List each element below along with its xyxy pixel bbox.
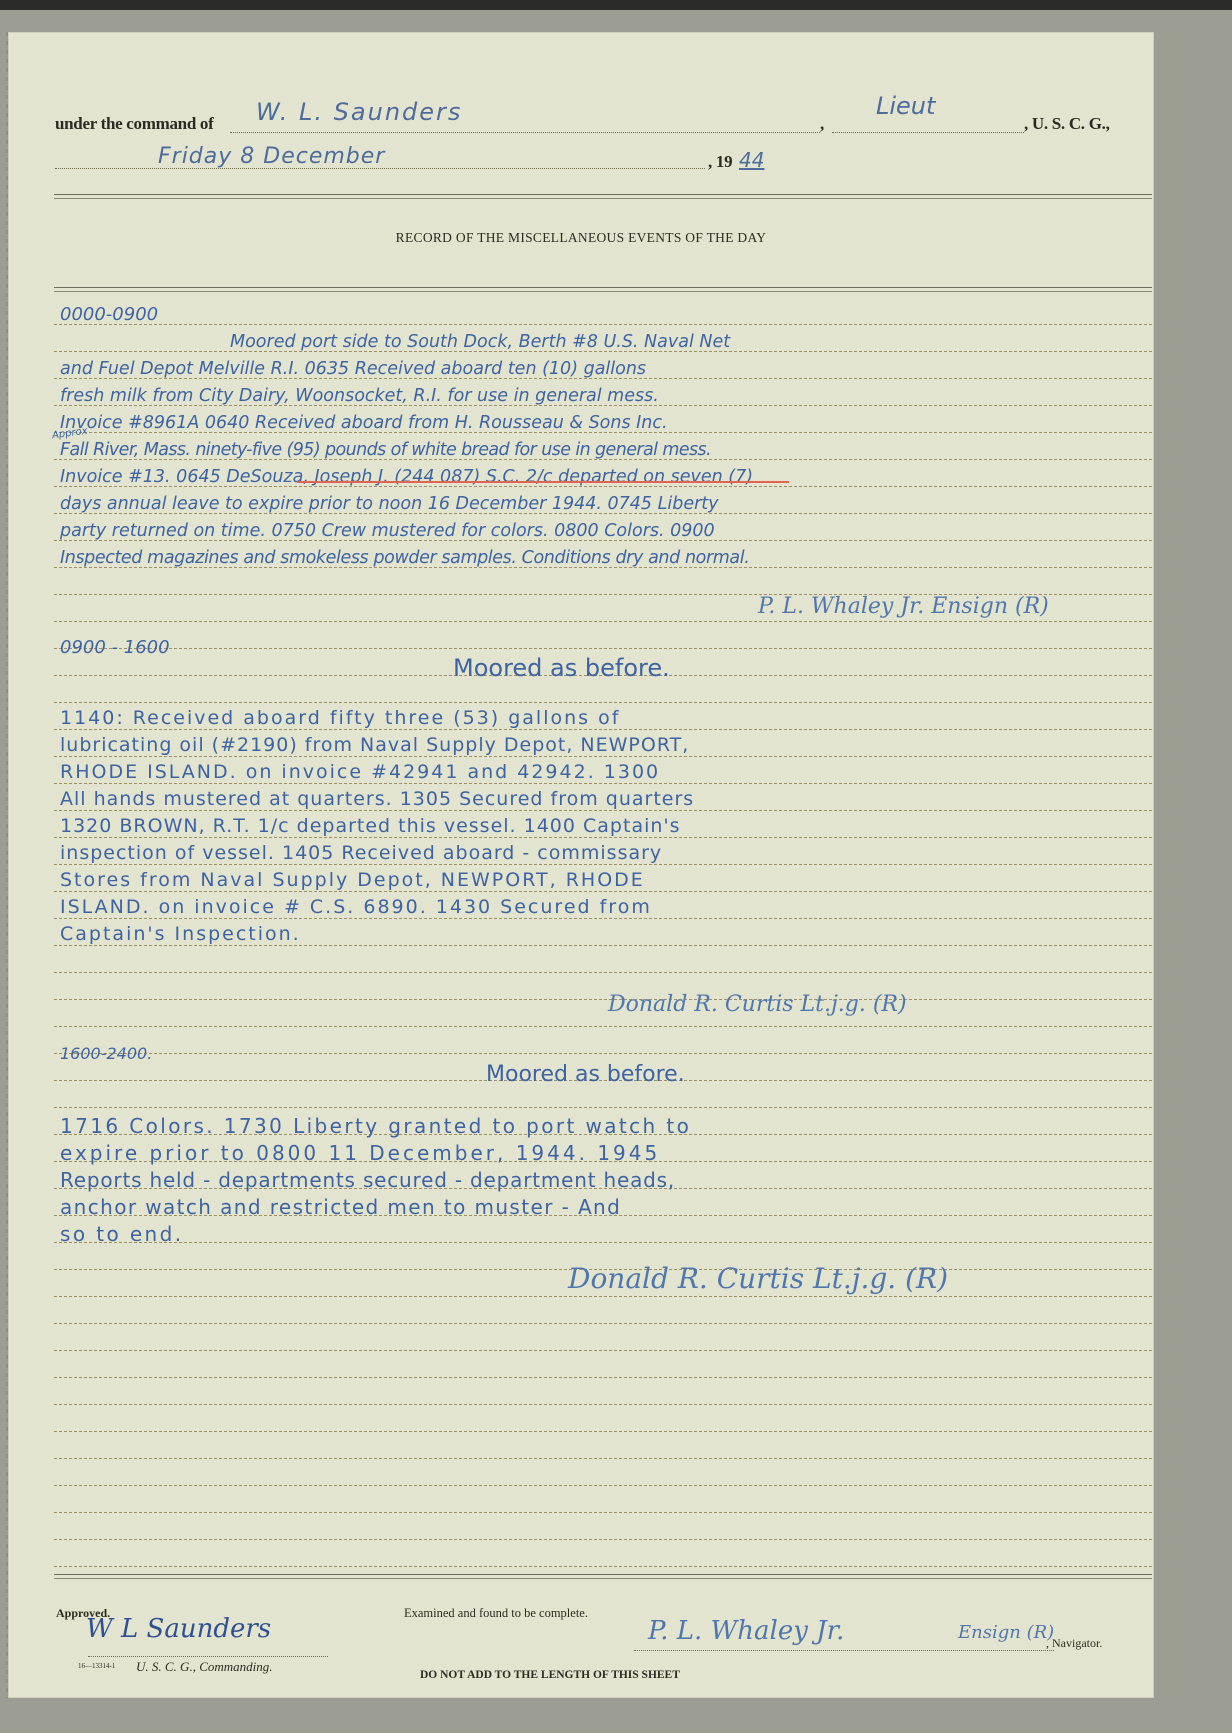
entry-line: ISLAND. on invoice # C.S. 6890. 1430 Sec… xyxy=(60,894,694,921)
entry-line: party returned on time. 0750 Crew muster… xyxy=(60,518,753,545)
ruled-line xyxy=(54,972,1152,973)
entry-line: 1320 BROWN, R.T. 1/c departed this vesse… xyxy=(60,813,694,840)
year-prefix: , 19 xyxy=(708,152,732,172)
watch-signature-2: Donald R. Curtis Lt.j.g. (R) xyxy=(608,992,907,1017)
section-divider xyxy=(54,287,1152,292)
entry-line: 1140: Received aboard fifty three (53) g… xyxy=(60,705,694,732)
ruled-line xyxy=(54,1485,1152,1486)
navigator-line xyxy=(634,1650,1054,1651)
watch-entry-3: 1716 Colors. 1730 Liberty granted to por… xyxy=(60,1113,691,1248)
entry-line: RHODE ISLAND. on invoice #42941 and 4294… xyxy=(60,759,694,786)
approved-signature: W L Saunders xyxy=(86,1614,271,1644)
ruled-line xyxy=(54,1107,1152,1108)
commander-name: W. L. Saunders xyxy=(256,98,462,126)
entry-line: Inspected magazines and smokeless powder… xyxy=(60,545,753,572)
ruled-line xyxy=(54,1539,1152,1540)
entry-line: inspection of vessel. 1405 Received aboa… xyxy=(60,840,694,867)
ruled-line xyxy=(54,648,1152,649)
ruled-line xyxy=(54,621,1152,622)
ruled-line xyxy=(54,324,1152,325)
deck-log-sheet: under the command of W. L. Saunders , Li… xyxy=(8,32,1154,1698)
entry-line: 1716 Colors. 1730 Liberty granted to por… xyxy=(60,1113,691,1140)
entry-line: days annual leave to expire prior to noo… xyxy=(60,491,753,518)
ruled-line xyxy=(54,1053,1152,1054)
navigator-label: , Navigator. xyxy=(1046,1636,1102,1651)
entry-line: Reports held - departments secured - dep… xyxy=(60,1167,691,1194)
watch-period-3: 1600-2400. xyxy=(60,1044,152,1063)
section-title: RECORD OF THE MISCELLANEOUS EVENTS OF TH… xyxy=(8,230,1154,246)
ruled-line xyxy=(54,1377,1152,1378)
entry-line: Fall River, Mass. ninety-five (95) pound… xyxy=(60,437,753,464)
service-suffix: , U. S. C. G., xyxy=(1024,114,1110,134)
navigator-signature: P. L. Whaley Jr. xyxy=(648,1616,844,1646)
watch-signature-1: P. L. Whaley Jr. Ensign (R) xyxy=(758,594,1049,619)
entry-line: and Fuel Depot Melville R.I. 0635 Receiv… xyxy=(60,356,753,383)
entry-line: lubricating oil (#2190) from Naval Suppl… xyxy=(60,732,694,759)
ruled-line xyxy=(54,1296,1152,1297)
watch-entry-1: Moored port side to South Dock, Berth #8… xyxy=(60,329,753,572)
entry-line: fresh milk from City Dairy, Woonsocket, … xyxy=(60,383,753,410)
ruled-line xyxy=(54,702,1152,703)
watch-signature-3: Donald R. Curtis Lt.j.g. (R) xyxy=(568,1262,948,1295)
comma: , xyxy=(820,114,824,134)
rank-line xyxy=(832,132,1024,133)
navigator-rank: Ensign (R) xyxy=(958,1622,1054,1643)
header-divider xyxy=(54,194,1152,199)
entry-line: Invoice #8961A 0640 Received aboard from… xyxy=(60,410,753,437)
ruled-line xyxy=(54,999,1152,1000)
ruled-line xyxy=(54,1566,1152,1567)
watch-status-3: Moored as before. xyxy=(486,1062,685,1087)
watch-period-1: 0000-0900 xyxy=(60,304,158,325)
entry-line: Stores from Naval Supply Depot, NEWPORT,… xyxy=(60,867,694,894)
ruled-line xyxy=(54,1458,1152,1459)
ruled-line xyxy=(54,1404,1152,1405)
ruled-line xyxy=(54,1431,1152,1432)
red-underline-name xyxy=(297,481,789,483)
form-number: 16—13314-1 xyxy=(78,1662,115,1670)
length-warning: DO NOT ADD TO THE LENGTH OF THIS SHEET xyxy=(420,1669,680,1681)
watch-period-2: 0900 - 1600 xyxy=(60,637,170,658)
watch-entry-2: 1140: Received aboard fifty three (53) g… xyxy=(60,705,694,948)
entry-line: expire prior to 0800 11 December, 1944. … xyxy=(60,1140,691,1167)
watch-status-2: Moored as before. xyxy=(453,654,670,682)
entry-line: Captain's Inspection. xyxy=(60,921,694,948)
entry-line: anchor watch and restricted men to muste… xyxy=(60,1194,691,1221)
ruled-line xyxy=(54,1026,1152,1027)
ruled-line xyxy=(54,1323,1152,1324)
entry-line: Moored port side to South Dock, Berth #8… xyxy=(60,329,753,356)
entry-line: Invoice #13. 0645 DeSouza, Joseph J. (24… xyxy=(60,464,753,491)
entry-line: All hands mustered at quarters. 1305 Sec… xyxy=(60,786,694,813)
approved-line xyxy=(88,1656,328,1657)
footer-divider xyxy=(54,1574,1152,1579)
examined-label: Examined and found to be complete. xyxy=(404,1606,588,1621)
ruled-line xyxy=(54,1350,1152,1351)
ruled-line xyxy=(54,1512,1152,1513)
entry-line: so to end. xyxy=(60,1221,691,1248)
commanding-label: U. S. C. G., Commanding. xyxy=(136,1659,273,1675)
year-suffix: 44 xyxy=(739,148,764,172)
command-label: under the command of xyxy=(55,114,214,134)
log-date: Friday 8 December xyxy=(158,144,385,169)
commander-rank: Lieut xyxy=(876,92,935,120)
commander-line xyxy=(230,132,820,133)
